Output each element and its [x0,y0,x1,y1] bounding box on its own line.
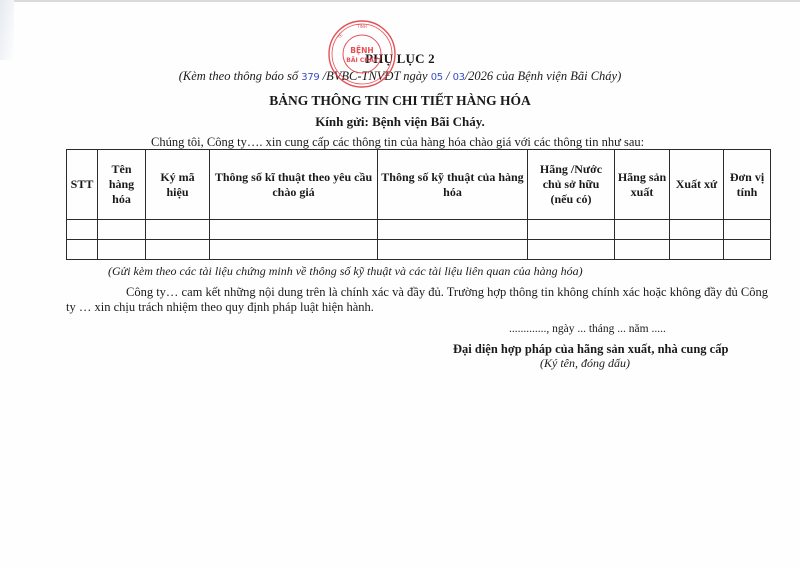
column-header: Xuất xứ [670,150,724,220]
signer-note: (Ký tên, đóng dấu) [540,356,630,371]
table-cell [210,240,378,260]
table-cell [378,220,528,240]
table-cell [615,220,670,240]
notice-month: 03 [453,72,465,83]
svg-text:TẾ: TẾ [335,32,344,41]
column-header: Tên hàng hóa [98,150,146,220]
column-header: STT [67,150,98,220]
attachment-middle: /BVBC-TNVĐT ngày [319,69,430,83]
column-header: Thông số kỹ thuật của hàng hóa [378,150,528,220]
table-cell [98,240,146,260]
table-row [67,240,771,260]
scan-edge [0,0,800,2]
commitment-paragraph-line2: ty … xin chịu trách nhiệm theo quy định … [66,300,374,315]
column-header: Hãng sản xuất [615,150,670,220]
table-header-row: STTTên hàng hóaKý mã hiệuThông số kĩ thu… [67,150,771,220]
column-header: Ký mã hiệu [146,150,210,220]
document-page: PHỤ LỤC 2 (Kèm theo thông báo số 379 /BV… [0,0,800,569]
table-row [67,220,771,240]
evidence-note: (Gửi kèm theo các tài liệu chứng minh về… [108,264,583,279]
column-header: Thông số kĩ thuật theo yêu cầu chào giá [210,150,378,220]
notice-number: 379 [301,72,319,83]
table-cell [67,220,98,240]
table-cell [67,240,98,260]
table-cell [528,240,615,260]
table-cell [146,240,210,260]
date-separator: / [443,69,453,83]
appendix-title: PHỤ LỤC 2 [0,51,800,67]
attachment-prefix: (Kèm theo thông báo số [179,69,302,83]
attachment-note: (Kèm theo thông báo số 379 /BVBC-TNVĐT n… [0,69,800,84]
table-cell [528,220,615,240]
commitment-paragraph-line1: Công ty… cam kết những nội dung trên là … [126,285,768,300]
table-cell [98,220,146,240]
table-cell [615,240,670,260]
column-header: Hãng /Nước chủ sở hữu (nếu có) [528,150,615,220]
signer-title: Đại diện hợp pháp của hãng sản xuất, nhà… [453,342,728,357]
table-cell [146,220,210,240]
table-cell [210,220,378,240]
attachment-suffix: /2026 của Bệnh viện Bãi Cháy) [465,69,622,83]
table-cell [378,240,528,260]
stamp-ring-text: TỈNH [356,24,367,29]
table-cell [670,220,724,240]
document-title: BẢNG THÔNG TIN CHI TIẾT HÀNG HÓA [0,93,800,109]
table-cell [670,240,724,260]
column-header: Đơn vị tính [724,150,771,220]
notice-day: 05 [431,72,443,83]
table-body [67,220,771,260]
table-cell [724,220,771,240]
recipient-line: Kính gửi: Bệnh viện Bãi Cháy. [0,114,800,130]
goods-info-table: STTTên hàng hóaKý mã hiệuThông số kĩ thu… [66,149,771,260]
table-cell [724,240,771,260]
intro-paragraph: Chúng tôi, Công ty…. xin cung cấp các th… [151,135,644,150]
date-placeholder: ............., ngày ... tháng ... năm ..… [509,323,666,335]
